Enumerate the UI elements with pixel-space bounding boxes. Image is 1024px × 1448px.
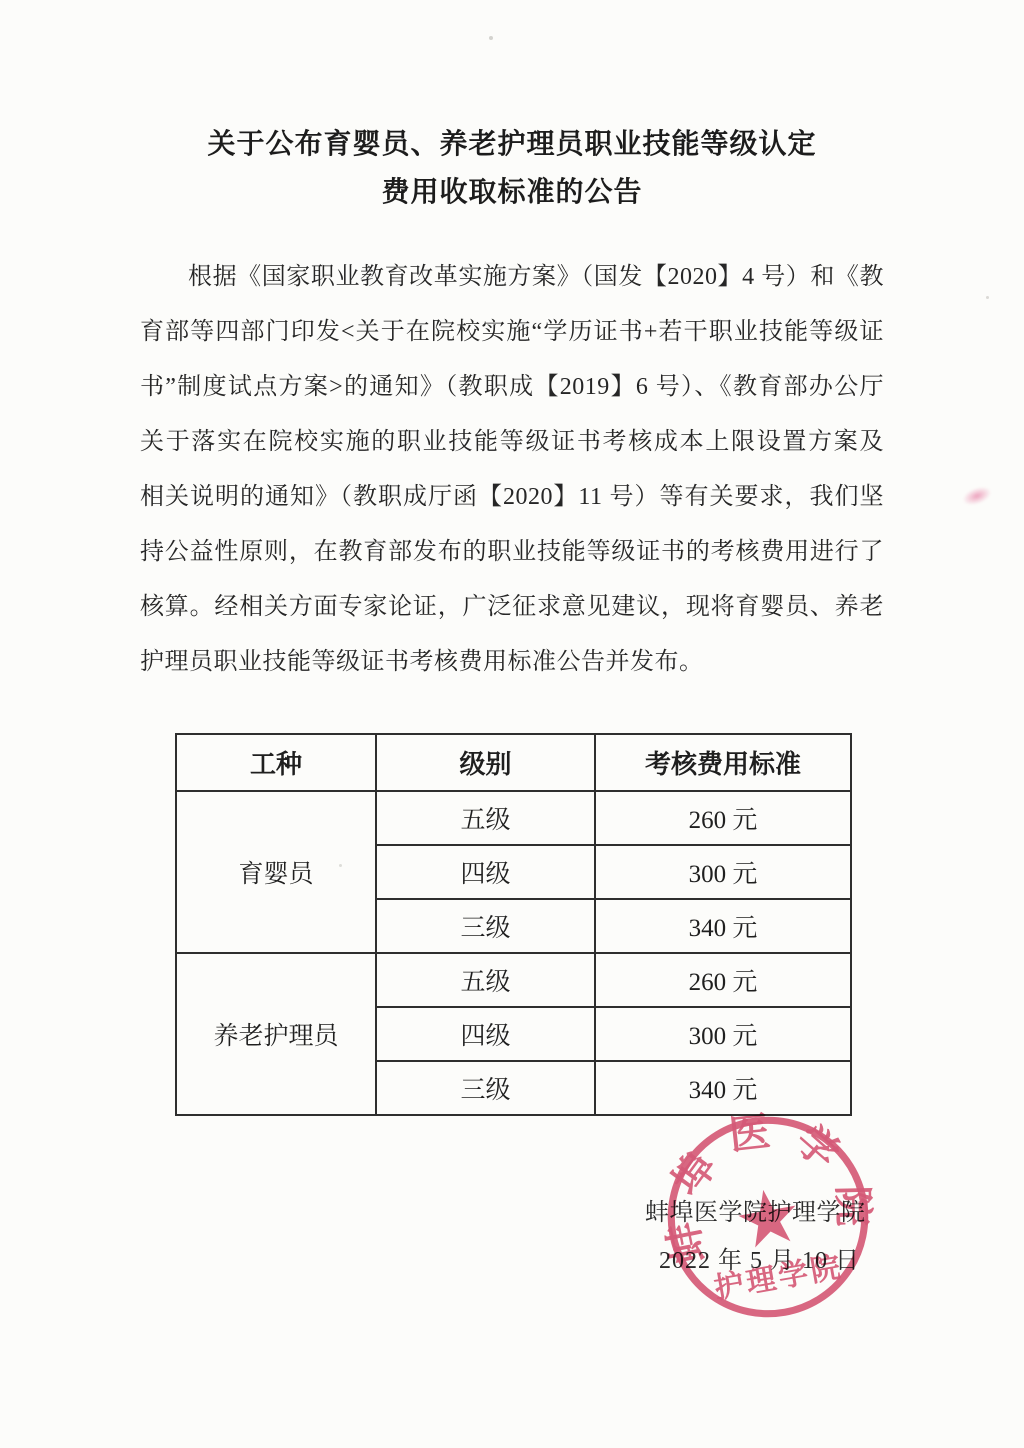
level-cell: 五级 [376,791,595,845]
scan-speck [986,296,989,299]
table-row: 养老护理员 五级 260 元 [176,953,851,1007]
table-row: 育婴员 五级 260 元 [176,791,851,845]
level-cell: 四级 [376,845,595,899]
scan-smudge [960,483,994,508]
fee-cell: 300 元 [595,1007,851,1061]
level-cell: 五级 [376,953,595,1007]
scan-speck [339,864,342,867]
header-level: 级别 [376,734,595,791]
body-line: 核算。经相关方面专家论证，广泛征求意见建议，现将育婴员、养老 [140,580,884,635]
job-cell: 养老护理员 [176,953,376,1115]
document-body: 根据《国家职业教育改革实施方案》（国发【2020】4 号）和《教 育部等四部门印… [140,250,884,690]
fee-table: 工种 级别 考核费用标准 育婴员 五级 260 元 四级 300 元 三级 34… [175,733,852,1116]
level-cell: 三级 [376,1061,595,1115]
scan-speck [489,36,493,40]
level-cell: 四级 [376,1007,595,1061]
body-line: 相关说明的通知》（教职成厅函【2020】11 号）等有关要求，我们坚 [140,470,884,525]
body-line: 根据《国家职业教育改革实施方案》（国发【2020】4 号）和《教 [140,250,884,305]
body-line: 书”制度试点方案>的通知》（教职成【2019】6 号）、《教育部办公厅 [140,360,884,415]
title-line-2: 费用收取标准的公告 [0,169,1024,217]
document-title: 关于公布育婴员、养老护理员职业技能等级认定 费用收取标准的公告 [0,121,1024,217]
seal-arc-text: 蚌埠医学院 [643,1090,885,1280]
title-line-1: 关于公布育婴员、养老护理员职业技能等级认定 [0,121,1024,169]
fee-cell: 340 元 [595,899,851,953]
body-line: 持公益性原则，在教育部发布的职业技能等级证书的考核费用进行了 [140,525,884,580]
body-line: 关于落实在院校实施的职业技能等级证书考核成本上限设置方案及 [140,415,884,470]
table-header-row: 工种 级别 考核费用标准 [176,734,851,791]
job-cell: 育婴员 [176,791,376,953]
seal-star-icon [735,1185,802,1250]
header-fee: 考核费用标准 [595,734,851,791]
fee-cell: 300 元 [595,845,851,899]
body-line: 育部等四部门印发<关于在院校实施“学历证书+若干职业技能等级证 [140,305,884,360]
fee-cell: 260 元 [595,953,851,1007]
level-cell: 三级 [376,899,595,953]
fee-cell: 260 元 [595,791,851,845]
header-job: 工种 [176,734,376,791]
official-seal: 蚌埠医学院 护理学院 [638,1087,897,1346]
document-page: 关于公布育婴员、养老护理员职业技能等级认定 费用收取标准的公告 根据《国家职业教… [0,0,1024,1448]
body-line: 护理员职业技能等级证书考核费用标准公告并发布。 [140,635,884,690]
